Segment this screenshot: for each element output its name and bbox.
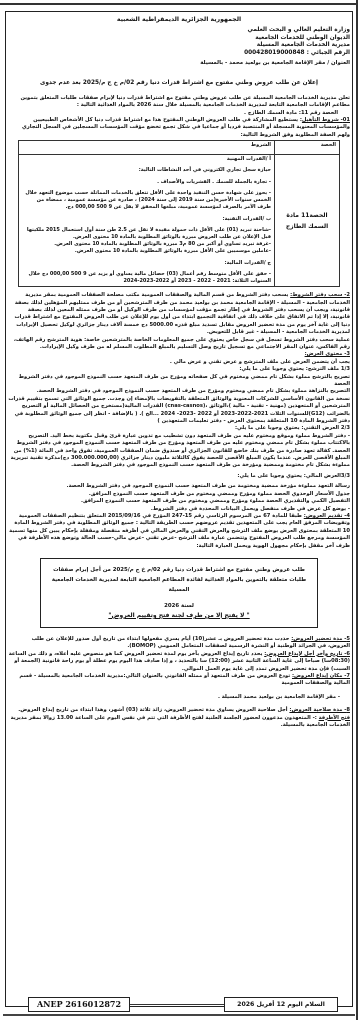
lot-cell: الحصة11 مادة السمك الطازج [275, 155, 340, 287]
section-7-address: - مقر الإقامة الجامعية بن بولعيد محمد ال… [8, 694, 350, 701]
section-4: 4- تقديم العروض: طبقا للمادة 67 من المرس… [8, 513, 350, 550]
financial-heading: ج /القدرات المالية: [22, 260, 271, 267]
section-2-label: 2- سحب دفتر الشروط: [290, 292, 350, 298]
fiscal-id: الرقم الجبائي : 000428019000848 [8, 50, 350, 57]
candidate-file-item: تصريح بالترشح مملوء بشكل تام ممضي ومختوم… [8, 374, 350, 389]
eligibility-label: 01- شروط التأهيل [302, 117, 350, 123]
header-conditions: الشروط [19, 141, 275, 155]
professional-item: حيازة سجل تجاري الكتروني في أحد النشاطات… [22, 167, 271, 174]
ministry-name: وزارة التعليم العالي و البحث العلمي [8, 27, 350, 34]
announcement-document: الجمهورية الجزائرية الديمقراطية الشعبية … [8, 14, 350, 729]
professional-heading: أ /القدرات المهنية [22, 156, 271, 163]
envelope-line: طلب عروض وطني مفتوح مع اشتراط قدرات دنيا… [49, 565, 309, 595]
technical-offer-heading: 2/3 العرض التقني: يحتوي وجوبا على ما يلي… [8, 425, 350, 432]
footer: ANEP 2616012872 السلام اليوم 12 أفريل 20… [18, 997, 338, 1013]
envelope-notice: " لا يفتح إلا من طرف لجنة فتح وتقييم الع… [49, 611, 309, 621]
section-9-label: فتح الأظرفة [319, 715, 350, 721]
section-2-text: يسحب دفتر الشروط من قسم المالية والصفقات… [14, 292, 350, 335]
section-7-label: 7- مكان إيداع العروض: [292, 673, 350, 679]
section-8-text: أجل صلاحية العروض يساوي مدة تحضير العروض… [18, 707, 289, 713]
section-2-registration: عملية سحب دفتر الشروط تسجل في سجل خاص يح… [8, 337, 350, 352]
intro-paragraph: تعلن مديرية الخدمات الجامعية المسيلة عن … [8, 95, 350, 110]
envelope-label-box: طلب عروض وطني مفتوح مع اشتراط قدرات دنيا… [40, 558, 318, 628]
table-row: الحصة11 مادة السمك الطازج أ /القدرات الم… [19, 155, 340, 287]
section-9: فتح الأظرفة :- المتعهدون مدعوون لحضور ال… [8, 715, 350, 730]
section-5-label: 5- مدة تحضير العروض: [291, 636, 350, 642]
technical-item: -عاملين موسميين على الأقل مبررة بالوثائق… [22, 248, 271, 255]
financial-item: - حقق على الأقل متوسط رقم أعمال (03) حصا… [22, 271, 271, 285]
candidate-file-item: التصريح بالنزاهة مملوء بشكل تام ممضي ومخ… [8, 388, 350, 395]
technical-heading: ب /القدرات التقنية: [22, 216, 271, 223]
financial-offer-item: رسالة التعهد مملوءة مؤرخة ممضية ومختومة … [8, 483, 350, 490]
financial-offer-item: - يوضع كل عرض في ظرف منفصل ويحمل البيانا… [8, 506, 350, 513]
republic-heading: الجمهورية الجزائرية الديمقراطية الشعبية [8, 16, 350, 23]
section-2: 2- سحب دفتر الشروط: يسحب دفتر الشروط من … [8, 292, 350, 336]
eligibility-paragraph: 01- شروط التأهيل: يستطيع المشاركة في طلب… [8, 117, 350, 139]
conditions-cell: أ /القدرات المهنية حيازة سجل تجاري الكتر… [19, 155, 275, 287]
section-3-label: 3- محتوى العرض: [8, 351, 350, 358]
section-8: 8- مدة صلاحية العروض: أجل صلاحية العروض … [8, 707, 350, 714]
section-9-text: :- المتعهدون مدعوون لحضور الجلسة العلنية… [11, 715, 350, 728]
conditions-table: الحصة الشروط الحصة11 مادة السمك الطازج أ… [18, 140, 340, 287]
section-7: 7- مكان إيداع العروض: تودع العروض من طرف… [8, 673, 350, 688]
professional-item: - يحوز على شهادة حسن التنفيذ واحدة على ا… [22, 190, 271, 212]
section-3-intro: يجب أن يتضمن العرض على ملف المترشح و عرض… [8, 359, 350, 366]
envelope-year: لسنة 2026 [49, 601, 309, 611]
top-rule [0, 3, 357, 5]
right-rule [356, 0, 358, 1020]
section-6: 6- تاريخ وآخر أجل لإيداع العروض: يحدد تا… [8, 651, 350, 673]
issuer-block: وزارة التعليم العالي و البحث العلمي الدي… [8, 27, 350, 67]
technical-item: -شاحنة تبريد (01) على الأقل ذات حمولة مف… [22, 227, 271, 241]
financial-offer-heading: 3/3العرض المالي: يحتوي وجوبا على ما يلي: [8, 473, 350, 480]
announcement-title: إعلان عن طلب عروض وطني مفتوح مع اشتراط ق… [8, 80, 350, 87]
publication-date: السلام اليوم 12 أفريل 2026 [224, 997, 338, 1012]
section-5: 5- مدة تحضير العروض: حددت مدة تحضير العر… [8, 636, 350, 651]
section-4-text: طبقا للمادة 67 من المرسوم الرئاسي رقم 15… [9, 513, 350, 549]
directorate-name: مديرية الخدمات الجامعية المسيلة [8, 42, 350, 49]
office-name: الديوان الوطني للخدمات الجامعية [8, 35, 350, 42]
candidate-file-heading: 1/3 ملف الترشح: يحتوي وجوبا على ما يلي: [8, 366, 350, 373]
section-8-label: 8- مدة صلاحية العروض: [289, 707, 350, 713]
technical-offer-item: - دفتر الشروط مملوء وموقع ومختوم عليه من… [8, 433, 350, 470]
financial-offer-item: جدول الأسعار الوحدوي الحصة مملوء ومؤرخ و… [8, 491, 350, 498]
address: العنوان / مقر الإقامة الجامعية بن بولعيد… [8, 60, 350, 67]
professional-item: - تجارة بالجملة للسمك . القشريات والأصدا… [22, 179, 271, 186]
lot-line: الحصة رقم 11: مادة السمك الطازج . [8, 110, 350, 117]
financial-offer-item: التفصيل الكمي والتقديري الحصة مملوء ومؤر… [8, 498, 350, 505]
eligibility-text: : يستطيع المشاركة في طلب العروض الوطني ا… [22, 117, 350, 138]
candidate-file-item: نسخة من القانون الأساسي للشركات المعنوية… [8, 396, 350, 426]
section-6-label: 6- تاريخ وآخر أجل لإيداع العروض: [264, 651, 350, 657]
footer-rule [128, 1004, 226, 1005]
table-header-row: الحصة الشروط [19, 141, 340, 155]
section-4-label: 4- تقديم العروض: [304, 513, 350, 519]
bottom-rule [3, 1014, 355, 1016]
header-lot: الحصة [275, 141, 340, 155]
anep-reference: ANEP 2616012872 [28, 997, 130, 1012]
